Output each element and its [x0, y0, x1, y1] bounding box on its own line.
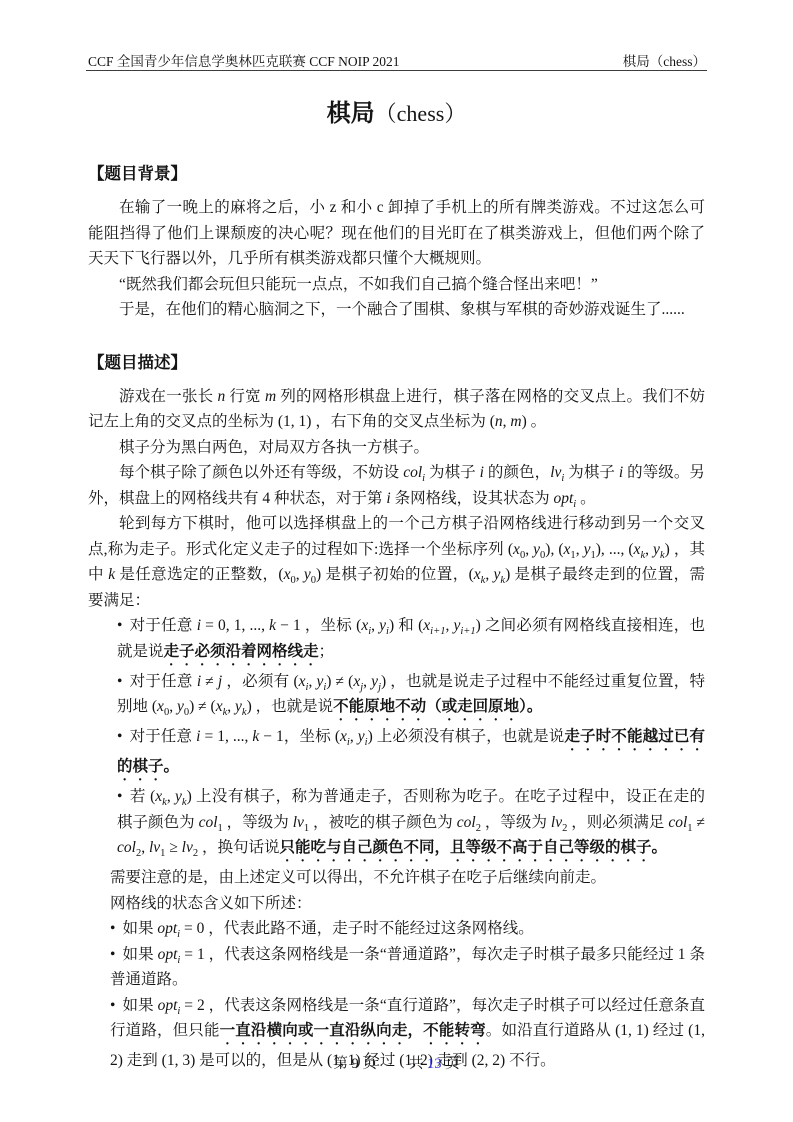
text-run: ≠: [693, 814, 705, 831]
paragraph: 在输了一晚上的麻将之后，小 z 和小 c 卸掉了手机上的所有牌类游戏。不过这怎么…: [88, 195, 705, 272]
text-run: ) ，也就是说: [247, 698, 334, 715]
page-title: 棋局（chess）: [88, 97, 705, 134]
math-text: opt: [157, 920, 177, 937]
text-run: = 1 ，代表这条网格线是一条“普通道路”，每次走子时棋子最多只能经过 1 条普…: [110, 946, 705, 989]
bullet-icon: •: [117, 617, 129, 634]
math-text: y: [379, 617, 386, 634]
text-run: ) 是棋子初始的位置，(: [316, 566, 474, 583]
text-run: ,: [525, 541, 533, 558]
footer-page-prefix: 第: [333, 1056, 351, 1072]
text-run: 游戏在一张长: [119, 388, 218, 405]
page-footer: 第 9 页共 13 页: [0, 1053, 793, 1075]
text-run: ，被吃的棋子颜色为: [309, 814, 457, 831]
bullet-icon: •: [110, 997, 122, 1014]
math-text: lv: [293, 814, 304, 831]
section-heading: 【题目背景】: [88, 160, 705, 184]
text-run: 在输了一晚上的麻将之后，小 z 和小 c 卸掉了手机上的所有牌类游戏。不过这怎么…: [88, 199, 705, 267]
text-run: ,: [363, 673, 371, 690]
text-run: ) ≠ (: [326, 673, 353, 690]
math-text: y: [358, 728, 365, 745]
math-text: m: [265, 388, 276, 405]
bullet-icon: •: [117, 673, 129, 690]
text-run: ) 和 (: [389, 617, 423, 634]
document-body: 【题目背景】在输了一晚上的麻将之后，小 z 和小 c 卸掉了手机上的所有牌类游戏…: [88, 160, 705, 1074]
math-text: y: [175, 788, 182, 805]
paragraph: 于是，在他们的精心脑洞之下，一个融合了围棋、象棋与军棋的奇妙游戏诞生了.....…: [88, 297, 705, 323]
text-run: 为棋子: [564, 464, 619, 481]
footer-page-number: 9: [352, 1056, 359, 1072]
bullet-list: •对于任意 i = 0, 1, ..., k − 1 ，坐标 (xi, yi) …: [117, 613, 705, 865]
page-header: CCF 全国青少年信息学奥林匹克联赛 CCF NOIP 2021 棋局（ches…: [88, 50, 706, 70]
bullet-icon: •: [117, 728, 129, 745]
text-run: ，等级为: [481, 814, 551, 831]
math-text: x: [157, 698, 164, 715]
header-right-text: 棋局（chess）: [623, 50, 706, 70]
text-run: 需要注意的是，由上述定义可以得出，不允许棋子在吃子后继续向前走。: [110, 869, 606, 886]
paragraph: 游戏在一张长 n 行宽 m 列的网格形棋盘上进行，棋子落在网格的交叉点上。我们不…: [88, 384, 705, 435]
list-item: •对于任意 i = 1, ..., k − 1，坐标 (xi, yi) 上必须没…: [117, 724, 705, 784]
text-run: 条网格线，设其状态为: [391, 490, 554, 507]
list-item: •如果 opti = 0 ，代表此路不通，走子时不能经过这条网格线。: [110, 916, 705, 942]
text-run: ,: [227, 698, 235, 715]
paragraph: “既然我们都会玩但只能玩一点点，不如我们自己搞个缝合怪出来吧！”: [88, 272, 705, 298]
text-run: ，等级为: [223, 814, 293, 831]
bullet-list: •如果 opti = 0 ，代表此路不通，走子时不能经过这条网格线。•如果 op…: [110, 916, 705, 1074]
math-text: y: [304, 566, 311, 583]
math-text: opt: [158, 946, 178, 963]
paragraph: 网格线的状态含义如下所述：: [110, 891, 705, 917]
text-run: 如果: [122, 997, 157, 1014]
math-text: y: [235, 698, 242, 715]
text-run: ；: [319, 643, 335, 660]
text-run: ,: [485, 566, 493, 583]
text-run: ) 上必须没有棋子，也就是说: [368, 728, 565, 745]
math-text: y: [584, 541, 591, 558]
math-text: col: [403, 464, 422, 481]
text-run: − 1 ，坐标 (: [276, 617, 361, 634]
math-text: lv: [182, 839, 193, 856]
text-run: = 0, 1, ...,: [201, 617, 269, 634]
text-run: 。: [576, 490, 595, 507]
list-item: •对于任意 i = 0, 1, ..., k − 1 ，坐标 (xi, yi) …: [117, 613, 705, 669]
text-run: 如果: [122, 920, 157, 937]
footer-current-page: 第 9 页: [333, 1056, 377, 1072]
text-run: ) ≠ (: [189, 698, 216, 715]
math-text: opt: [158, 997, 178, 1014]
list-item: •对于任意 i ≠ j ，必须有 (xi, yi) ≠ (xj, yj) ，也就…: [117, 669, 705, 725]
text-run: “既然我们都会玩但只能玩一点点，不如我们自己搞个缝合怪出来吧！”: [119, 276, 598, 293]
math-text: lv: [551, 814, 562, 831]
text-run: ,: [169, 698, 177, 715]
text-run: ), ..., (: [596, 541, 634, 558]
math-text: n: [495, 413, 503, 430]
math-text: m: [510, 413, 521, 430]
footer-total-prefix: 共: [409, 1056, 427, 1072]
title-latin: （chess）: [375, 101, 467, 126]
text-run: 为棋子: [425, 464, 480, 481]
header-left-text: CCF 全国青少年信息学奥林匹克联赛 CCF NOIP 2021: [88, 50, 400, 70]
math-text: col: [199, 814, 218, 831]
math-text: x: [513, 541, 520, 558]
text-run: 的颜色，: [484, 464, 550, 481]
math-text: y: [533, 541, 540, 558]
paragraph: 每个棋子除了颜色以外还有等级，不妨设 coli 为棋子 i 的颜色，lvi 为棋…: [88, 460, 705, 511]
math-text: k: [269, 617, 276, 634]
text-run: ，必须有 (: [222, 673, 298, 690]
text-run: ，则必须满足: [567, 814, 668, 831]
document-content: 棋局（chess） 【题目背景】在输了一晚上的麻将之后，小 z 和小 c 卸掉了…: [88, 72, 705, 1074]
text-run: − 1，坐标 (: [259, 728, 340, 745]
emphasis-text: 只能吃与自己颜色不同，且等级不高于自己等级的棋子。: [280, 839, 668, 856]
math-text: lv: [149, 839, 160, 856]
text-run: ,: [141, 839, 149, 856]
math-text: x: [299, 673, 306, 690]
list-item: •若 (xk, yk) 上没有棋子，称为普通走子，否则称为吃子。在吃子过程中，设…: [117, 784, 705, 865]
text-run: 对于任意: [129, 728, 196, 745]
math-text: opt: [553, 490, 573, 507]
header-rule: [86, 70, 707, 71]
math-text: col: [668, 814, 687, 831]
math-text: x: [216, 698, 223, 715]
text-run: 每个棋子除了颜色以外还有等级，不妨设: [119, 464, 403, 481]
text-run: ，换句话说: [198, 839, 279, 856]
bullet-icon: •: [110, 920, 122, 937]
math-text: i+1: [430, 626, 445, 637]
text-run: 行宽: [225, 388, 265, 405]
section-heading: 【题目描述】: [88, 349, 705, 373]
bullet-icon: •: [110, 946, 122, 963]
text-run: ,: [645, 541, 653, 558]
emphasis-text: 一直沿横向或一直沿纵向走，不能转弯: [220, 1022, 486, 1039]
text-run: 棋子分为黑白两色，对局双方各执一方棋子。: [119, 439, 429, 456]
emphasis-text: 走子必须沿着网格线走: [164, 643, 319, 660]
math-text: x: [340, 728, 347, 745]
math-text: i+1: [460, 626, 475, 637]
paragraph: 轮到每方下棋时，他可以选择棋盘上的一个己方棋子沿网格线进行移动到另一个交叉点,称…: [88, 511, 705, 613]
text-run: 若 (: [129, 788, 155, 805]
math-text: y: [653, 541, 660, 558]
text-run: ≥: [165, 839, 181, 856]
text-run: 【题目描述】: [88, 354, 187, 372]
text-run: ) 。: [522, 413, 547, 430]
text-run: 于是，在他们的精心脑洞之下，一个融合了围棋、象棋与军棋的奇妙游戏诞生了.....…: [119, 301, 685, 318]
text-run: ,: [350, 728, 358, 745]
text-run: ,: [167, 788, 175, 805]
text-run: 对于任意: [129, 617, 196, 634]
text-run: = 1, ...,: [200, 728, 252, 745]
math-text: lv: [550, 464, 561, 481]
text-run: ,: [296, 566, 304, 583]
footer-total-suffix: 页: [442, 1056, 460, 1072]
text-run: 【题目背景】: [88, 165, 187, 183]
emphasis-text: 不能原地不动（或走回原地）。: [333, 698, 542, 715]
text-run: ≠: [201, 673, 218, 690]
math-text: col: [117, 839, 136, 856]
text-run: 如果: [122, 946, 157, 963]
text-run: = 0 ，代表此路不通，走子时不能经过这条网格线。: [180, 920, 534, 937]
paragraph: 需要注意的是，由上述定义可以得出，不允许棋子在吃子后继续向前走。: [110, 865, 705, 891]
title-cjk: 棋局: [327, 100, 375, 127]
total-pages-link[interactable]: 13: [427, 1056, 442, 1072]
bullet-icon: •: [117, 788, 129, 805]
text-run: 对于任意: [129, 673, 196, 690]
list-item: •如果 opti = 1 ，代表这条网格线是一条“普通道路”，每次走子时棋子最多…: [110, 942, 705, 993]
text-run: 是任意选定的正整数，(: [115, 566, 283, 583]
text-run: 网格线的状态含义如下所述：: [110, 895, 312, 912]
footer-total-pages: 共 13 页: [409, 1056, 460, 1072]
paragraph: 棋子分为黑白两色，对局双方各执一方棋子。: [88, 435, 705, 461]
text-run: ), (: [545, 541, 563, 558]
math-text: x: [474, 566, 481, 583]
text-run: ,: [371, 617, 379, 634]
math-text: col: [457, 814, 476, 831]
footer-page-suffix: 页: [359, 1056, 377, 1072]
math-text: y: [177, 698, 184, 715]
text-run: ,: [576, 541, 584, 558]
